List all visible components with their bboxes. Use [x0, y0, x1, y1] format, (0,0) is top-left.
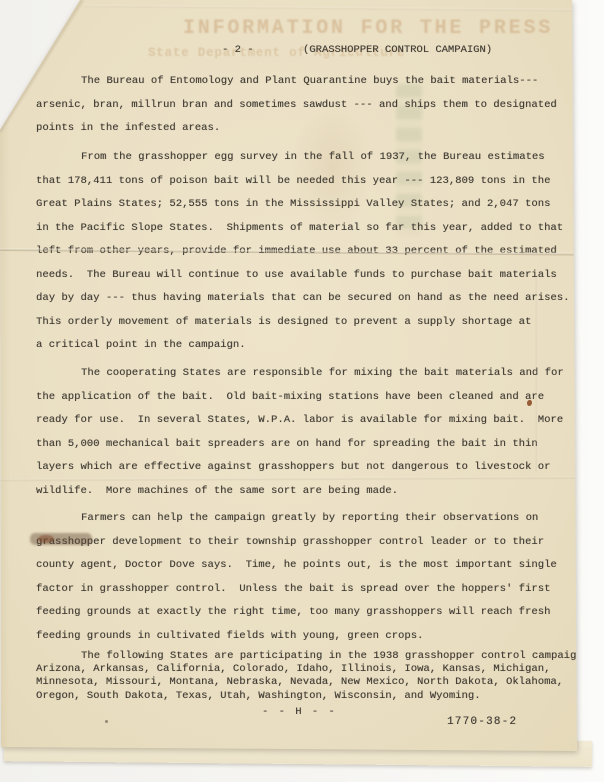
document-number: 1770-38-2 [447, 716, 517, 728]
page-number: - 2 - [222, 44, 254, 56]
body-line: in the Pacific Slope States. Shipments o… [36, 217, 570, 241]
body-line: feeding grounds in cultivated fields wit… [36, 625, 557, 649]
body-line: the application of the bait. Old bait-mi… [36, 386, 564, 410]
paper-sheet: INFORMATION FOR THE PRESS State Departme… [0, 0, 604, 782]
body-line: points in the infested areas. [36, 117, 557, 141]
body-line: Arizona, Arkansas, California, Colorado,… [36, 663, 589, 676]
paper-speck [105, 720, 108, 723]
body-line: wildlife. More machines of the same sort… [36, 480, 564, 504]
body-line: Farmers can help the campaign greatly by… [36, 507, 557, 531]
body-line: arsenic, bran, millrun bran and sometime… [36, 94, 557, 118]
paragraph-participating-states: The following States are participating i… [36, 650, 589, 703]
body-line: The cooperating States are responsible f… [36, 362, 564, 386]
ink-smudge-dot [38, 535, 54, 543]
body-line: county agent, Doctor Dove says. Time, he… [36, 554, 557, 578]
body-line: layers which are effective against grass… [36, 456, 564, 480]
body-line: The following States are participating i… [36, 650, 589, 663]
body-line: ready for use. In several States, W.P.A.… [36, 409, 564, 433]
crease-line-top [85, 5, 574, 11]
body-line: a critical point in the campaign. [36, 334, 570, 358]
paragraph-farmers-help: Farmers can help the campaign greatly by… [36, 507, 557, 648]
body-line: This orderly movement of materials is de… [36, 311, 570, 335]
paragraph-cooperating-states: The cooperating States are responsible f… [36, 362, 564, 503]
body-line: Great Plains States; 52,555 tons in the … [36, 193, 570, 217]
paragraph-egg-survey: From the grasshopper egg survey in the f… [36, 146, 570, 358]
footer-end-mark: - - H - - [262, 706, 337, 718]
bleedthrough-title: INFORMATION FOR THE PRESS [183, 17, 553, 40]
body-line: left from other years, provide for immed… [36, 240, 570, 264]
body-line: needs. The Bureau will continue to use a… [36, 264, 570, 288]
body-line: The Bureau of Entomology and Plant Quara… [36, 70, 557, 94]
body-line: Oregon, South Dakota, Texas, Utah, Washi… [36, 690, 589, 703]
body-line: From the grasshopper egg survey in the f… [36, 146, 570, 170]
body-line: grasshopper development to their townshi… [36, 531, 557, 555]
scan-area: INFORMATION FOR THE PRESS State Departme… [0, 0, 604, 782]
running-head: (GRASSHOPPER CONTROL CAMPAIGN) [303, 44, 492, 56]
body-line: that 178,411 tons of poison bait will be… [36, 170, 570, 194]
paragraph-bureau-buys: The Bureau of Entomology and Plant Quara… [36, 70, 557, 141]
body-line: day by day --- thus having materials tha… [36, 287, 570, 311]
body-line: feeding grounds at exactly the right tim… [36, 601, 557, 625]
body-line: factor in grasshopper control. Unless th… [36, 578, 557, 602]
body-line: Minnesota, Missouri, Montana, Nebraska, … [36, 676, 589, 689]
body-line: than 5,000 mechanical bait spreaders are… [36, 433, 564, 457]
